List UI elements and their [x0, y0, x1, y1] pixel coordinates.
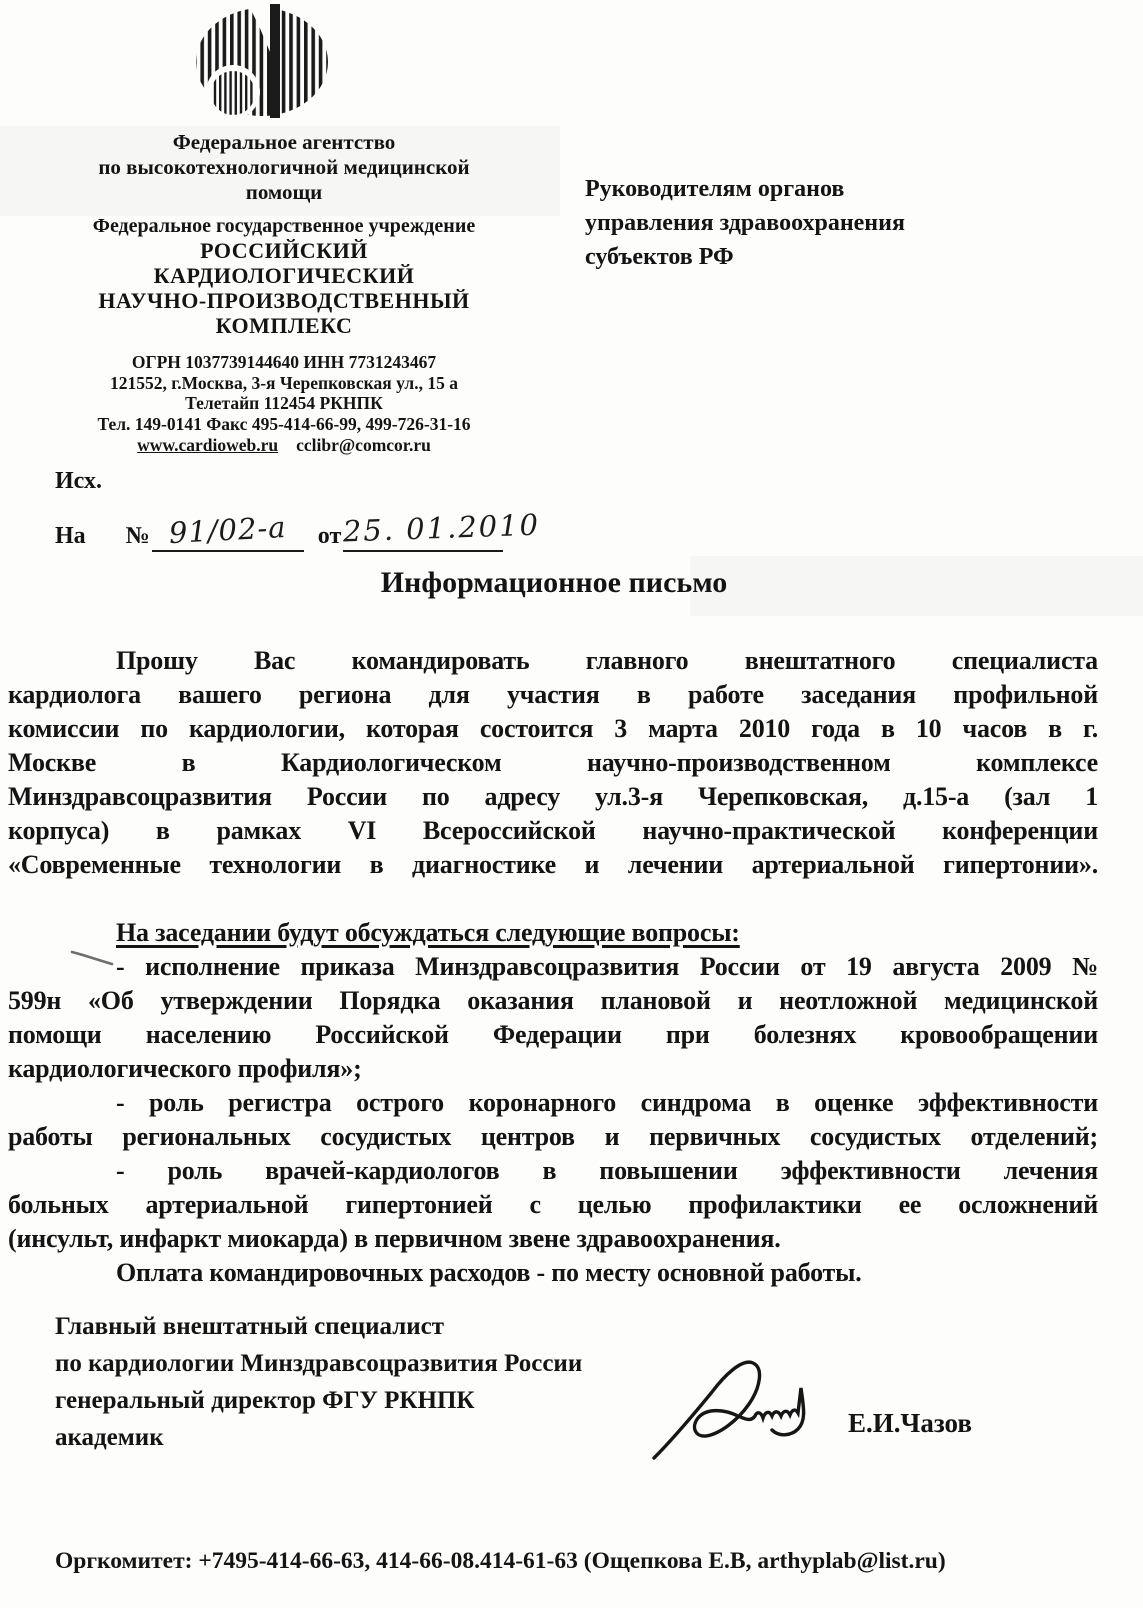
text-line: Прошу Вас командировать главного внештат…: [8, 644, 1098, 678]
text-line: субъектов РФ: [585, 240, 1015, 274]
text-line: - исполнение приказа Минздравсоцразвития…: [8, 950, 1098, 984]
text-line: работы региональных сосудистых центров и…: [8, 1120, 1098, 1154]
text-line: помощи: [28, 180, 540, 205]
text-line: корпуса) в рамках VI Всероссийской научн…: [8, 814, 1098, 848]
outgoing-ref-label: Исх.: [55, 468, 102, 495]
ref-number-field: 91/02-а: [152, 516, 304, 552]
text-line: Москве в Кардиологическом научно-произво…: [8, 746, 1098, 780]
from-label: от: [318, 523, 341, 549]
organization-name: РОССИЙСКИЙКАРДИОЛОГИЧЕСКИЙНАУЧНО-ПРОИЗВО…: [28, 238, 540, 338]
text-line: Главный внештатный специалист: [55, 1308, 755, 1345]
text-line: по высокотехнологичной медицинской: [28, 155, 540, 180]
payment-note: Оплата командировочных расходов - по мес…: [8, 1256, 1098, 1290]
agenda-item-3: - роль врачей-кардиологов в повышении эф…: [8, 1154, 1098, 1256]
text-line: кардиолога вашего региона для участия в …: [8, 678, 1098, 712]
website-link: www.cardioweb.ru: [137, 435, 278, 455]
ref-date-field: 25. 01.2010: [343, 516, 503, 552]
email-address: cclibr@comcor.ru: [296, 435, 431, 455]
document-title: Информационное письмо: [10, 566, 1098, 600]
text-line: Федеральное агентство: [28, 130, 540, 155]
text-line: помощи населению Российской Федерации пр…: [8, 1018, 1098, 1052]
text-line: 599н «Об утверждении Порядка оказания пл…: [8, 984, 1098, 1018]
institution-type: Федеральное государственное учреждение: [28, 214, 540, 238]
agenda-item-1: - исполнение приказа Минздравсоцразвития…: [8, 950, 1098, 1086]
letter-body: Прошу Вас командировать главного внештат…: [8, 644, 1098, 1290]
org-committee-contacts: Оргкомитет: +7495-414-66-63, 414-66-08.4…: [55, 1548, 1095, 1575]
text-line: Минздравсоцразвития России по адресу ул.…: [8, 780, 1098, 814]
scanned-letter-page: Федеральное агентствопо высокотехнологич…: [0, 0, 1143, 1608]
text-line: больных артериальной гипертонией с целью…: [8, 1188, 1098, 1222]
paragraph-1: Прошу Вас командировать главного внештат…: [8, 644, 1098, 882]
text-line: ОГРН 1037739144640 ИНН 7731243467: [28, 352, 540, 373]
text-line: - роль регистра острого коронарного синд…: [8, 1086, 1098, 1120]
text-line: комиссии по кардиологии, которая состоит…: [8, 712, 1098, 746]
text-line: НАУЧНО-ПРОИЗВОДСТВЕННЫЙ: [28, 288, 540, 313]
text-line: (инсульт, инфаркт миокарда) в первичном …: [8, 1222, 1098, 1256]
signer-name: Е.И.Чазов: [848, 1408, 972, 1439]
text-line: 121552, г.Москва, 3-я Черепковская ул., …: [28, 373, 540, 394]
org-contacts: www.cardioweb.rucclibr@comcor.ru: [28, 434, 540, 456]
incoming-ref-row: На№91/02-аот25. 01.2010: [55, 516, 503, 552]
agency-name: Федеральное агентствопо высокотехнологич…: [28, 130, 540, 205]
number-sign: №: [126, 523, 150, 549]
text-line: «Современные технологии в диагностике и …: [8, 848, 1098, 882]
handwritten-signature: [648, 1352, 806, 1464]
text-line: Тел. 149-0141 Факс 495-414-66-99, 499-72…: [28, 414, 540, 435]
text-line: Руководителям органов: [585, 172, 1015, 206]
agenda-item-2: - роль регистра острого коронарного синд…: [8, 1086, 1098, 1154]
text-line: КОМПЛЕКС: [28, 313, 540, 338]
agenda-heading: На заседании будут обсуждаться следующие…: [8, 916, 1098, 950]
text-line: КАРДИОЛОГИЧЕСКИЙ: [28, 263, 540, 288]
org-details: ОГРН 1037739144640 ИНН 7731243467121552,…: [28, 352, 540, 434]
recipient-block: Руководителям органовуправления здравоох…: [585, 172, 1015, 274]
text-line: кардиологического профиля»;: [8, 1052, 1098, 1086]
rknpk-striped-globe-logo: [193, 4, 335, 118]
text-line: - роль врачей-кардиологов в повышении эф…: [8, 1154, 1098, 1188]
text-line: РОССИЙСКИЙ: [28, 238, 540, 263]
incoming-ref-label: На: [55, 523, 86, 549]
handwritten-ref-number: 91/02-а: [168, 510, 287, 550]
text-line: управления здравоохранения: [585, 206, 1015, 240]
letterhead: Федеральное агентствопо высокотехнологич…: [28, 130, 540, 456]
handwritten-ref-date: 25. 01.2010: [343, 508, 541, 549]
text-line: Телетайп 112454 РКНПК: [28, 393, 540, 414]
